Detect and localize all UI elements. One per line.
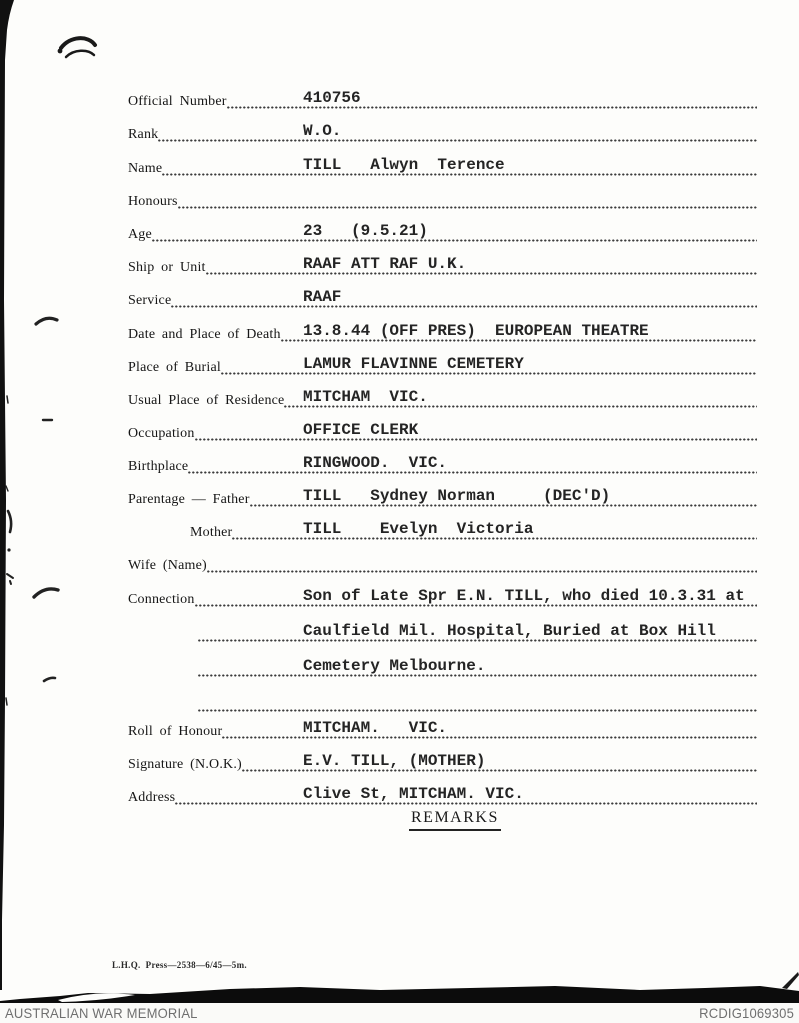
field-label: Roll of Honour — [128, 725, 222, 740]
field-label: Address — [128, 791, 175, 806]
field-value: MITCHAM VIC. — [303, 389, 428, 405]
field-row-connection: Connection Son of Late Spr E.N. TILL, wh… — [128, 584, 757, 608]
field-row-usual-residence: Usual Place of Residence MITCHAM VIC. — [128, 385, 757, 409]
field-row-roll-of-honour: Roll of Honour MITCHAM. VIC. — [128, 716, 757, 740]
dotted-leader — [178, 206, 757, 209]
remarks-heading: REMARKS — [409, 809, 501, 831]
dotted-leader — [158, 139, 757, 142]
field-row-age: Age 23 (9.5.21) — [128, 219, 757, 243]
field-label: Occupation — [128, 427, 195, 442]
field-label: Birthplace — [128, 460, 188, 475]
field-row-connection-line4 — [198, 689, 757, 713]
field-value: 13.8.44 (OFF PRES) EUROPEAN THEATRE — [303, 323, 649, 339]
field-row-service: Service RAAF — [128, 285, 757, 309]
field-row-father: Parentage — Father TILL Sydney Norman (D… — [128, 484, 757, 508]
field-row-name: Name TILL Alwyn Terence — [128, 153, 757, 177]
field-row-address: Address Clive St, MITCHAM. VIC. — [128, 782, 757, 806]
field-row-date-place-of-death: Date and Place of Death 13.8.44 (OFF PRE… — [128, 319, 757, 343]
field-row-connection-line3: Cemetery Melbourne. — [198, 654, 757, 678]
field-value: Cemetery Melbourne. — [303, 658, 485, 674]
field-label: Rank — [128, 128, 158, 143]
field-value: LAMUR FLAVINNE CEMETERY — [303, 356, 524, 372]
field-row-birthplace: Birthplace RINGWOOD. VIC. — [128, 451, 757, 475]
field-label: Connection — [128, 593, 195, 608]
field-row-honours: Honours — [128, 186, 757, 210]
field-label: Wife (Name) — [128, 559, 207, 574]
field-label: Date and Place of Death — [128, 328, 281, 343]
field-row-signature-nok: Signature (N.O.K.) E.V. TILL, (MOTHER) — [128, 749, 757, 773]
field-label: Service — [128, 294, 171, 309]
field-row-place-of-burial: Place of Burial LAMUR FLAVINNE CEMETERY — [128, 352, 757, 376]
archive-name-label: AUSTRALIAN WAR MEMORIAL — [5, 1005, 198, 1021]
scanned-service-record-page: Official Number 410756 Rank W.O. Name TI… — [0, 0, 799, 1023]
field-value: RAAF — [303, 289, 341, 305]
field-label: Name — [128, 162, 162, 177]
field-value: RINGWOOD. VIC. — [303, 455, 447, 471]
field-label: Honours — [128, 195, 178, 210]
field-value: TILL Sydney Norman (DEC'D) — [303, 488, 610, 504]
field-value: 410756 — [303, 90, 361, 106]
field-value: RAAF ATT RAF U.K. — [303, 256, 466, 272]
field-label: Mother — [190, 526, 232, 541]
field-label: Signature (N.O.K.) — [128, 758, 242, 773]
field-value: MITCHAM. VIC. — [303, 720, 447, 736]
field-row-wife: Wife (Name) — [128, 550, 757, 574]
archive-footer-bar: AUSTRALIAN WAR MEMORIAL RCDIG1069305 — [0, 1003, 799, 1023]
dotted-leader — [207, 570, 757, 573]
dotted-leader — [195, 438, 757, 441]
handwritten-squiggle-icon — [58, 38, 95, 57]
dotted-leader — [206, 272, 757, 275]
field-label: Official Number — [128, 95, 227, 110]
archive-record-id: RCDIG1069305 — [699, 1005, 794, 1021]
field-row-rank: Rank W.O. — [128, 119, 757, 143]
field-value: TILL Evelyn Victoria — [303, 521, 533, 537]
field-label: Ship or Unit — [128, 261, 206, 276]
field-row-official-number: Official Number 410756 — [128, 86, 757, 110]
field-value: W.O. — [303, 123, 341, 139]
field-label: Place of Burial — [128, 361, 221, 376]
field-value: 23 (9.5.21) — [303, 223, 428, 239]
field-value: Son of Late Spr E.N. TILL, who died 10.3… — [303, 588, 745, 604]
field-value: Caulfield Mil. Hospital, Buried at Box H… — [303, 623, 716, 639]
field-value: Clive St, MITCHAM. VIC. — [303, 786, 524, 802]
field-row-mother: Mother TILL Evelyn Victoria — [128, 517, 757, 541]
field-value: TILL Alwyn Terence — [303, 157, 505, 173]
field-row-ship-or-unit: Ship or Unit RAAF ATT RAF U.K. — [128, 252, 757, 276]
field-value: E.V. TILL, (MOTHER) — [303, 753, 485, 769]
field-label: Usual Place of Residence — [128, 394, 284, 409]
dotted-leader — [152, 239, 757, 242]
dotted-leader — [198, 709, 757, 712]
printers-imprint: L.H.Q. Press—2538—6/45—5m. — [112, 960, 247, 970]
field-label: Parentage — Father — [128, 493, 250, 508]
dotted-leader — [171, 305, 757, 308]
field-value: OFFICE CLERK — [303, 422, 418, 438]
field-label: Age — [128, 228, 152, 243]
field-row-connection-line2: Caulfield Mil. Hospital, Buried at Box H… — [198, 619, 757, 643]
dotted-leader — [188, 471, 757, 474]
field-row-occupation: Occupation OFFICE CLERK — [128, 418, 757, 442]
